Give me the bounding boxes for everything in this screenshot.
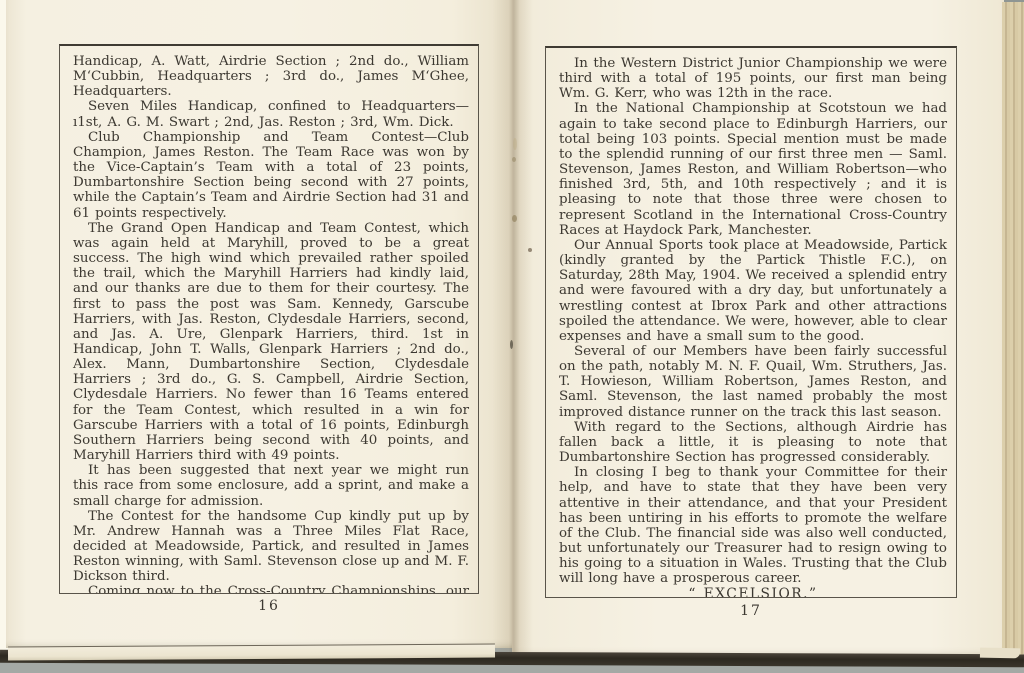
paragraph: With regard to the Sections, although Ai… bbox=[559, 420, 947, 465]
paragraph: In the National Championship at Scotstou… bbox=[559, 101, 947, 237]
paragraph: It has been suggested that next year we … bbox=[73, 463, 469, 508]
paragraph: Several of our Members have been fairly … bbox=[559, 344, 947, 420]
paragraph: The Contest for the handsome Cup kindly … bbox=[73, 509, 469, 585]
text-frame-left: Handicap, A. Watt, Airdrie Section ; 2nd… bbox=[59, 44, 479, 594]
page-17-text: In the Western District Junior Champions… bbox=[559, 56, 947, 591]
scan-speck bbox=[512, 157, 516, 162]
page-number-17: 17 bbox=[545, 603, 957, 619]
bottom-page-edge-left bbox=[8, 644, 495, 661]
paragraph: In the Western District Junior Champions… bbox=[559, 56, 947, 101]
page-16-text: Handicap, A. Watt, Airdrie Section ; 2nd… bbox=[73, 54, 469, 587]
paragraph: The Grand Open Handicap and Team Contest… bbox=[73, 221, 469, 464]
scan-speck bbox=[528, 248, 532, 252]
fore-edge-pages bbox=[1002, 2, 1024, 660]
bottom-page-edge-right bbox=[980, 648, 1020, 659]
signature-excelsior: “ EXCELSIOR.” bbox=[559, 587, 947, 598]
paragraph: Coming now to the Cross-Country Champion… bbox=[73, 584, 469, 594]
paragraph: In closing I beg to thank your Committee… bbox=[559, 465, 947, 586]
scan-speck bbox=[513, 138, 517, 150]
text-frame-right: In the Western District Junior Champions… bbox=[545, 46, 957, 598]
scan-speck bbox=[512, 215, 517, 222]
paragraph: Seven Miles Handicap, confined to Headqu… bbox=[73, 99, 469, 129]
scan-speck bbox=[510, 340, 513, 349]
paragraph: Handicap, A. Watt, Airdrie Section ; 2nd… bbox=[73, 54, 469, 99]
book-gutter bbox=[492, 0, 534, 652]
paragraph: Club Championship and Team Contest—Club … bbox=[73, 130, 469, 221]
page-number-16: 16 bbox=[59, 598, 479, 614]
paragraph: Our Annual Sports took place at Meadowsi… bbox=[559, 238, 947, 344]
